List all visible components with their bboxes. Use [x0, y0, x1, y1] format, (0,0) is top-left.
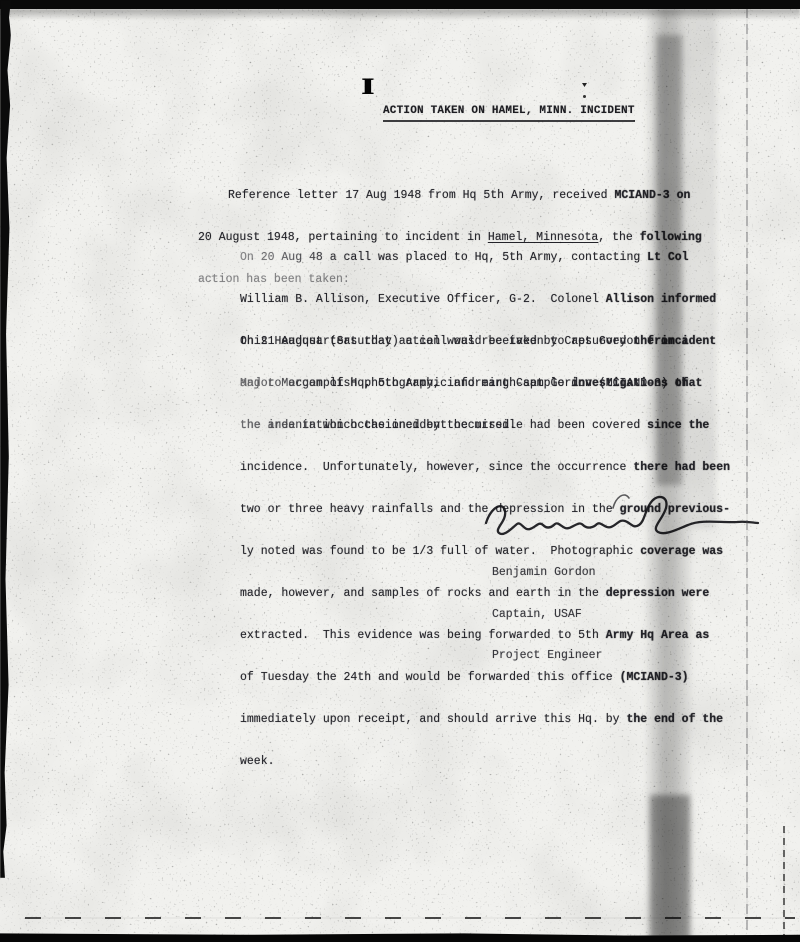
- ink-speck: [583, 95, 586, 98]
- signer-role: Project Engineer: [492, 649, 602, 663]
- line-bold-text: depression were: [606, 587, 710, 600]
- line-text: On 21 August (Saturday) a call was recei…: [240, 335, 647, 348]
- fold-line: [746, 8, 748, 930]
- line-bold-text: from a: [647, 335, 688, 348]
- line-text: immediately upon receipt, and should arr…: [240, 713, 626, 726]
- text-line: William B. Allison, Executive Officer, G…: [240, 293, 716, 307]
- scanned-document-page: I ACTION TAKEN ON HAMEL, MINN. INCIDENT …: [0, 0, 800, 942]
- text-line: immediately upon receipt, and should arr…: [240, 713, 730, 727]
- text-line: week.: [240, 755, 730, 769]
- text-line: two or three heavy rainfalls and the dep…: [240, 503, 730, 517]
- intro-line1-bold: MCIAND-3 on: [614, 189, 690, 202]
- scan-edge-top-shadow: [0, 9, 800, 20]
- line-bold-text: since the: [647, 419, 709, 432]
- scan-edge-top: [0, 0, 800, 9]
- signer-rank: Captain, USAF: [492, 608, 602, 622]
- text-line: made, however, and samples of rocks and …: [240, 587, 730, 601]
- line-bold-text: Army Hq Area as: [606, 629, 710, 642]
- line-bold-text: ground previous-: [620, 503, 730, 516]
- line-bold-text: coverage was: [640, 545, 723, 558]
- vertical-smudge-band-bottom: [650, 795, 690, 942]
- text-line: the indentation occasioned by the missil…: [240, 419, 730, 433]
- line-bold-text: (MCIAND-3): [620, 671, 689, 684]
- scan-edge-left: [0, 0, 11, 878]
- line-text: William B. Allison, Executive Officer, G…: [240, 293, 606, 306]
- horizontal-scratch-line: [25, 917, 795, 919]
- paragraph-3: On 21 August (Saturday) a call was recei…: [240, 307, 730, 797]
- signature-block: Benjamin Gordon Captain, USAF Project En…: [492, 538, 602, 691]
- text-line: incidence. Unfortunately, however, since…: [240, 461, 730, 475]
- text-line: On 21 August (Saturday) a call was recei…: [240, 335, 730, 349]
- line-text: On 20 Aug 48 a call was placed to Hq, 5t…: [240, 251, 647, 264]
- line-text: the indentation occasioned by the missil…: [240, 419, 647, 432]
- stray-ink-mark: I: [362, 74, 374, 99]
- intro-line1-text: Reference letter 17 Aug 1948 from Hq 5th…: [228, 189, 614, 202]
- text-line: ly noted was found to be 1/3 full of wat…: [240, 545, 730, 559]
- text-line: of Tuesday the 24th and would be forward…: [240, 671, 730, 685]
- line-text: two or three heavy rainfalls and the dep…: [240, 503, 620, 516]
- fold-line-bottom: [783, 826, 785, 935]
- line-bold-text: Lt Col: [647, 251, 688, 264]
- text-line: On 20 Aug 48 a call was placed to Hq, 5t…: [240, 251, 716, 265]
- line-text: week.: [240, 755, 275, 768]
- line-bold-text: there had been: [633, 461, 730, 474]
- signer-name: Benjamin Gordon: [492, 566, 602, 580]
- line-text: Major Morgan of Hq, 5th Army, informing …: [240, 377, 675, 390]
- ink-speck: [582, 83, 587, 87]
- document-title: ACTION TAKEN ON HAMEL, MINN. INCIDENT: [383, 104, 635, 122]
- line-bold-text: that: [675, 377, 703, 390]
- scan-edge-bottom: [0, 930, 800, 942]
- line-bold-text: Allison informed: [606, 293, 716, 306]
- text-line: extracted. This evidence was being forwa…: [240, 629, 730, 643]
- line-text: incidence. Unfortunately, however, since…: [240, 461, 633, 474]
- text-line: Major Morgan of Hq, 5th Army, informing …: [240, 377, 730, 391]
- text-line: Reference letter 17 Aug 1948 from Hq 5th…: [198, 189, 702, 203]
- line-bold-text: the end of the: [626, 713, 723, 726]
